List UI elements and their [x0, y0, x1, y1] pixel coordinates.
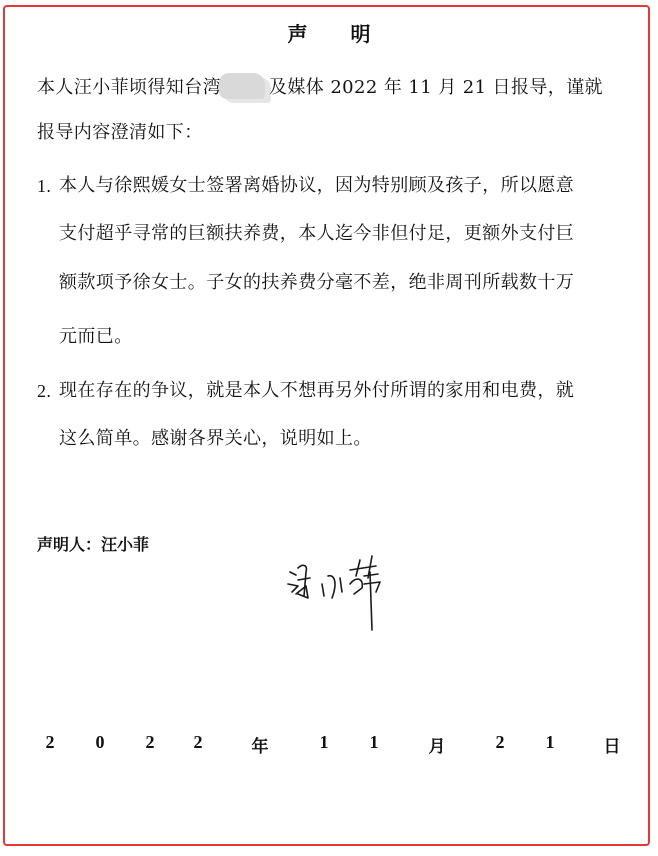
- date-month-digit: 1: [370, 732, 379, 753]
- date-year-digit: 0: [96, 732, 105, 753]
- date-day-digit: 1: [546, 732, 555, 753]
- list-item-line: 本人与徐熙媛女士签署离婚协议，因为特别顾及孩子，所以愿意: [59, 174, 574, 198]
- intro-text-before-redaction: 本人汪小菲顷得知台湾: [37, 77, 221, 98]
- title-char: 明: [350, 18, 370, 47]
- intro-line-2: 报导内容澄清如下：: [37, 121, 203, 145]
- document-title: 声 明: [0, 18, 658, 47]
- intro-line-1: 本人汪小菲顷得知台湾及媒体 2022 年 11 月 21 日报导，谨就: [37, 73, 603, 100]
- intro-text-after-redaction: 及媒体 2022 年 11 月 21 日报导，谨就: [269, 77, 603, 98]
- handwritten-signature-icon: [284, 548, 388, 634]
- date-day-label: 日: [604, 732, 621, 757]
- date-day-digit: 2: [496, 732, 505, 753]
- date-year-digit: 2: [46, 732, 55, 753]
- list-item-line: 支付超乎寻常的巨额扶养费，本人迄今非但付足，更额外支付巨: [59, 222, 574, 246]
- list-item-number: 2.: [37, 379, 51, 403]
- redaction-blur: [219, 73, 265, 99]
- signer-label: 声明人：汪小菲: [37, 533, 149, 557]
- list-item-line: 这么简单。感谢各界关心，说明如上。: [59, 427, 372, 451]
- list-item-line: 元而已。: [59, 325, 133, 349]
- date-year-digit: 2: [194, 732, 203, 753]
- date-year-label: 年: [252, 732, 269, 757]
- date-year-digit: 2: [146, 732, 155, 753]
- date-month-digit: 1: [320, 732, 329, 753]
- list-item-line: 现在存在的争议，就是本人不想再另外付所谓的家用和电费，就: [59, 379, 574, 403]
- date-month-label: 月: [429, 732, 446, 757]
- list-item-number: 1.: [37, 174, 51, 198]
- date-row: 2 0 2 2 年 1 1 月 2 1 日: [0, 732, 658, 760]
- title-char: 声: [288, 18, 308, 47]
- list-item-line: 额款项予徐女士。子女的扶养费分毫不差，绝非周刊所载数十万: [59, 271, 574, 295]
